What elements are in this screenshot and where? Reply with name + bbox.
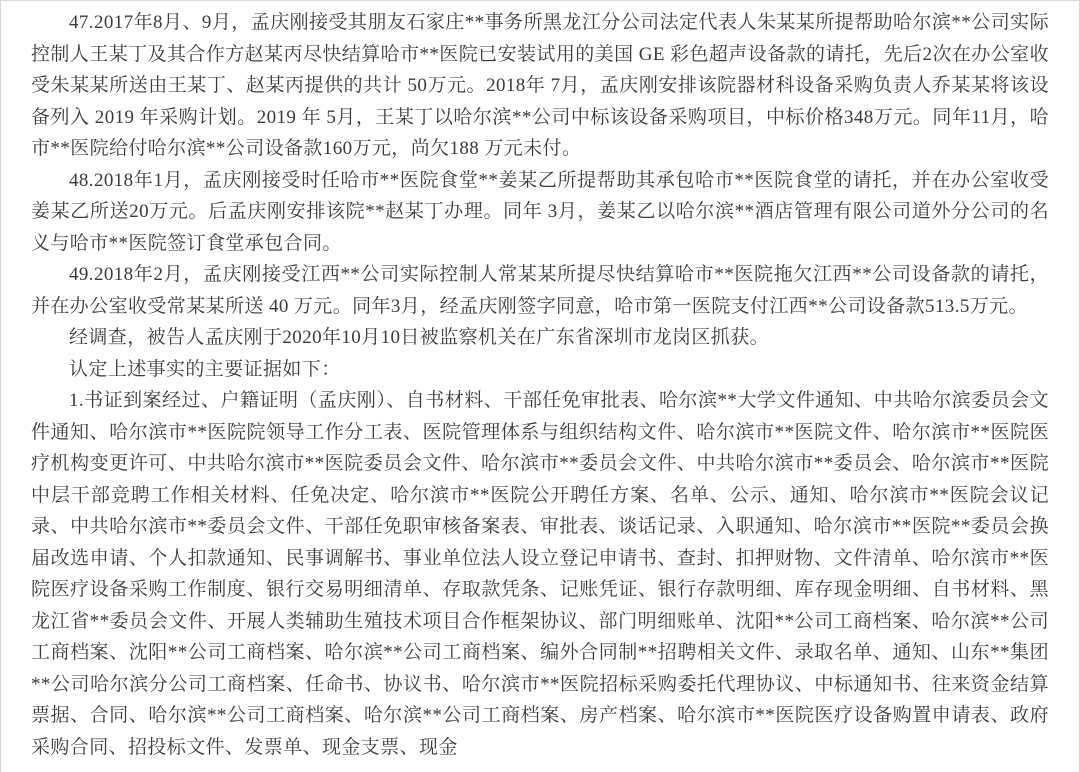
- paragraph-arrest-statement: 经调查，被告人孟庆刚于2020年10月10日被监察机关在广东省深圳市龙岗区抓获。: [31, 322, 1049, 354]
- paragraph-48-canteen-contract-bribery: 48.2018年1月，孟庆刚接受时任哈市**医院食堂**姜某乙所提帮助其承包哈市…: [31, 165, 1049, 260]
- paragraph-47-ge-equipment-bribery: 47.2017年8月、9月，孟庆刚接受其朋友石家庄**事务所黑龙江分公司法定代表…: [31, 7, 1049, 165]
- paragraph-evidence-heading: 认定上述事实的主要证据如下：: [31, 354, 1049, 386]
- document-page: 47.2017年8月、9月，孟庆刚接受其朋友石家庄**事务所黑龙江分公司法定代表…: [0, 0, 1080, 772]
- paragraph-49-equipment-payment-bribery: 49.2018年2月，孟庆刚接受江西**公司实际控制人常某某所提尽快结算哈市**…: [31, 259, 1049, 322]
- paragraph-evidence-item-1: 1.书证到案经过、户籍证明（孟庆刚）、自书材料、干部任免审批表、哈尔滨**大学文…: [31, 385, 1049, 763]
